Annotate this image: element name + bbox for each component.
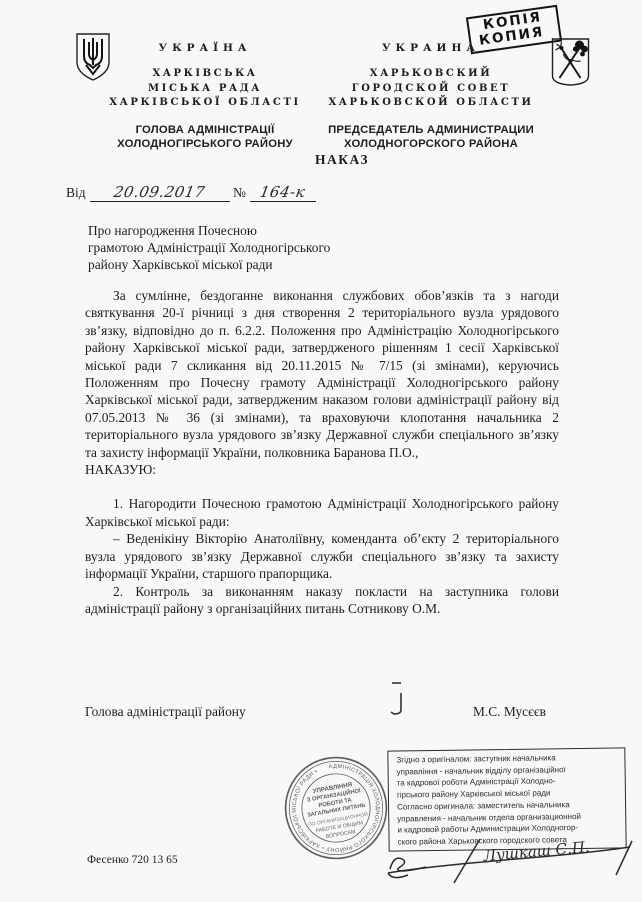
date-field: 20.09.2017 bbox=[90, 183, 230, 202]
certification-signer-name: Лушкаш Є.П. bbox=[482, 838, 591, 865]
date-label: Від bbox=[66, 185, 86, 200]
resolve-word: НАКАЗУЮ: bbox=[85, 461, 559, 478]
office-line: ХОЛОДНОГОРСКОГО РАЙОНА bbox=[312, 137, 550, 151]
certification-signature: Лушкаш Є.П. bbox=[384, 835, 636, 893]
round-administration-stamp: АДМІНІСТРАЦІЯ ХОЛОДНОГІРСЬКОГО РАЙОНУ • … bbox=[271, 743, 401, 873]
org-line: ХАРКІВСЬКА bbox=[108, 67, 302, 82]
order-subject: Про нагородження Почесною грамотою Адмін… bbox=[88, 222, 418, 273]
org-line: ХАРКІВСЬКОЇ ОБЛАСТІ bbox=[108, 96, 302, 111]
office-title-ua: ГОЛОВА АДМІНІСТРАЦІЇ ХОЛОДНОГІРСЬКОГО РА… bbox=[108, 123, 302, 151]
order-body: За сумлінне, бездоганне виконання службо… bbox=[85, 287, 559, 617]
number-label: № bbox=[233, 185, 246, 200]
org-line: ХАРЬКОВСКОЙ ОБЛАСТИ bbox=[312, 96, 550, 111]
kharkiv-coat-of-arms-icon bbox=[548, 36, 593, 88]
order-item: 2. Контроль за виконанням наказу покласт… bbox=[85, 583, 559, 618]
order-title: НАКАЗ bbox=[105, 152, 579, 168]
paraph-mark bbox=[389, 681, 405, 717]
subject-line: грамотою Адміністрації Холодногірського bbox=[88, 239, 418, 256]
executor-phone: Фесенко 720 13 65 bbox=[87, 854, 178, 866]
tryzub-emblem-icon bbox=[73, 32, 113, 82]
order-item: 1. Нагородити Почесною грамотою Адмініст… bbox=[85, 495, 559, 530]
order-items: 1. Нагородити Почесною грамотою Адмініст… bbox=[85, 495, 559, 617]
country-name-ru: УКРАИНА bbox=[312, 42, 550, 54]
header-column-ukrainian: УКРАЇНА ХАРКІВСЬКА МІСЬКА РАДА ХАРКІВСЬК… bbox=[108, 42, 302, 151]
subject-line: Про нагородження Почесною bbox=[88, 222, 418, 239]
org-line: ГОРОДСКОЙ СОВЕТ bbox=[312, 82, 550, 97]
signer-position: Голова адміністрації району bbox=[85, 704, 246, 720]
org-line: МІСЬКА РАДА bbox=[108, 82, 302, 97]
office-line: ГОЛОВА АДМІНІСТРАЦІЇ bbox=[108, 123, 302, 137]
order-item: – Веденікіну Вікторію Анатоліївну, комен… bbox=[85, 530, 559, 582]
preamble-paragraph: За сумлінне, бездоганне виконання службо… bbox=[85, 287, 559, 461]
org-name-ru: ХАРЬКОВСКИЙ ГОРОДСКОЙ СОВЕТ ХАРЬКОВСКОЙ … bbox=[312, 67, 550, 111]
handwritten-date: 20.09.2017 bbox=[113, 183, 207, 201]
org-name-ua: ХАРКІВСЬКА МІСЬКА РАДА ХАРКІВСЬКОЇ ОБЛАС… bbox=[108, 67, 302, 111]
scanned-order-document: КОПІЯ КОПИЯ УКРАЇНА bbox=[0, 0, 642, 902]
handwritten-number: 164-к bbox=[259, 183, 307, 201]
signer-name: М.С. Мусєєв bbox=[473, 704, 546, 720]
header-column-russian: УКРАИНА ХАРЬКОВСКИЙ ГОРОДСКОЙ СОВЕТ ХАРЬ… bbox=[312, 42, 550, 151]
date-number-line: Від20.09.2017 №164-к bbox=[66, 183, 316, 202]
country-name-ua: УКРАЇНА bbox=[108, 42, 302, 54]
org-line: ХАРЬКОВСКИЙ bbox=[312, 67, 550, 82]
office-line: ПРЕДСЕДАТЕЛЬ АДМИНИСТРАЦИИ bbox=[312, 123, 550, 137]
number-field: 164-к bbox=[250, 183, 316, 202]
subject-line: району Харківської міської ради bbox=[88, 256, 418, 273]
office-line: ХОЛОДНОГІРСЬКОГО РАЙОНУ bbox=[108, 137, 302, 151]
office-title-ru: ПРЕДСЕДАТЕЛЬ АДМИНИСТРАЦИИ ХОЛОДНОГОРСКО… bbox=[312, 123, 550, 151]
